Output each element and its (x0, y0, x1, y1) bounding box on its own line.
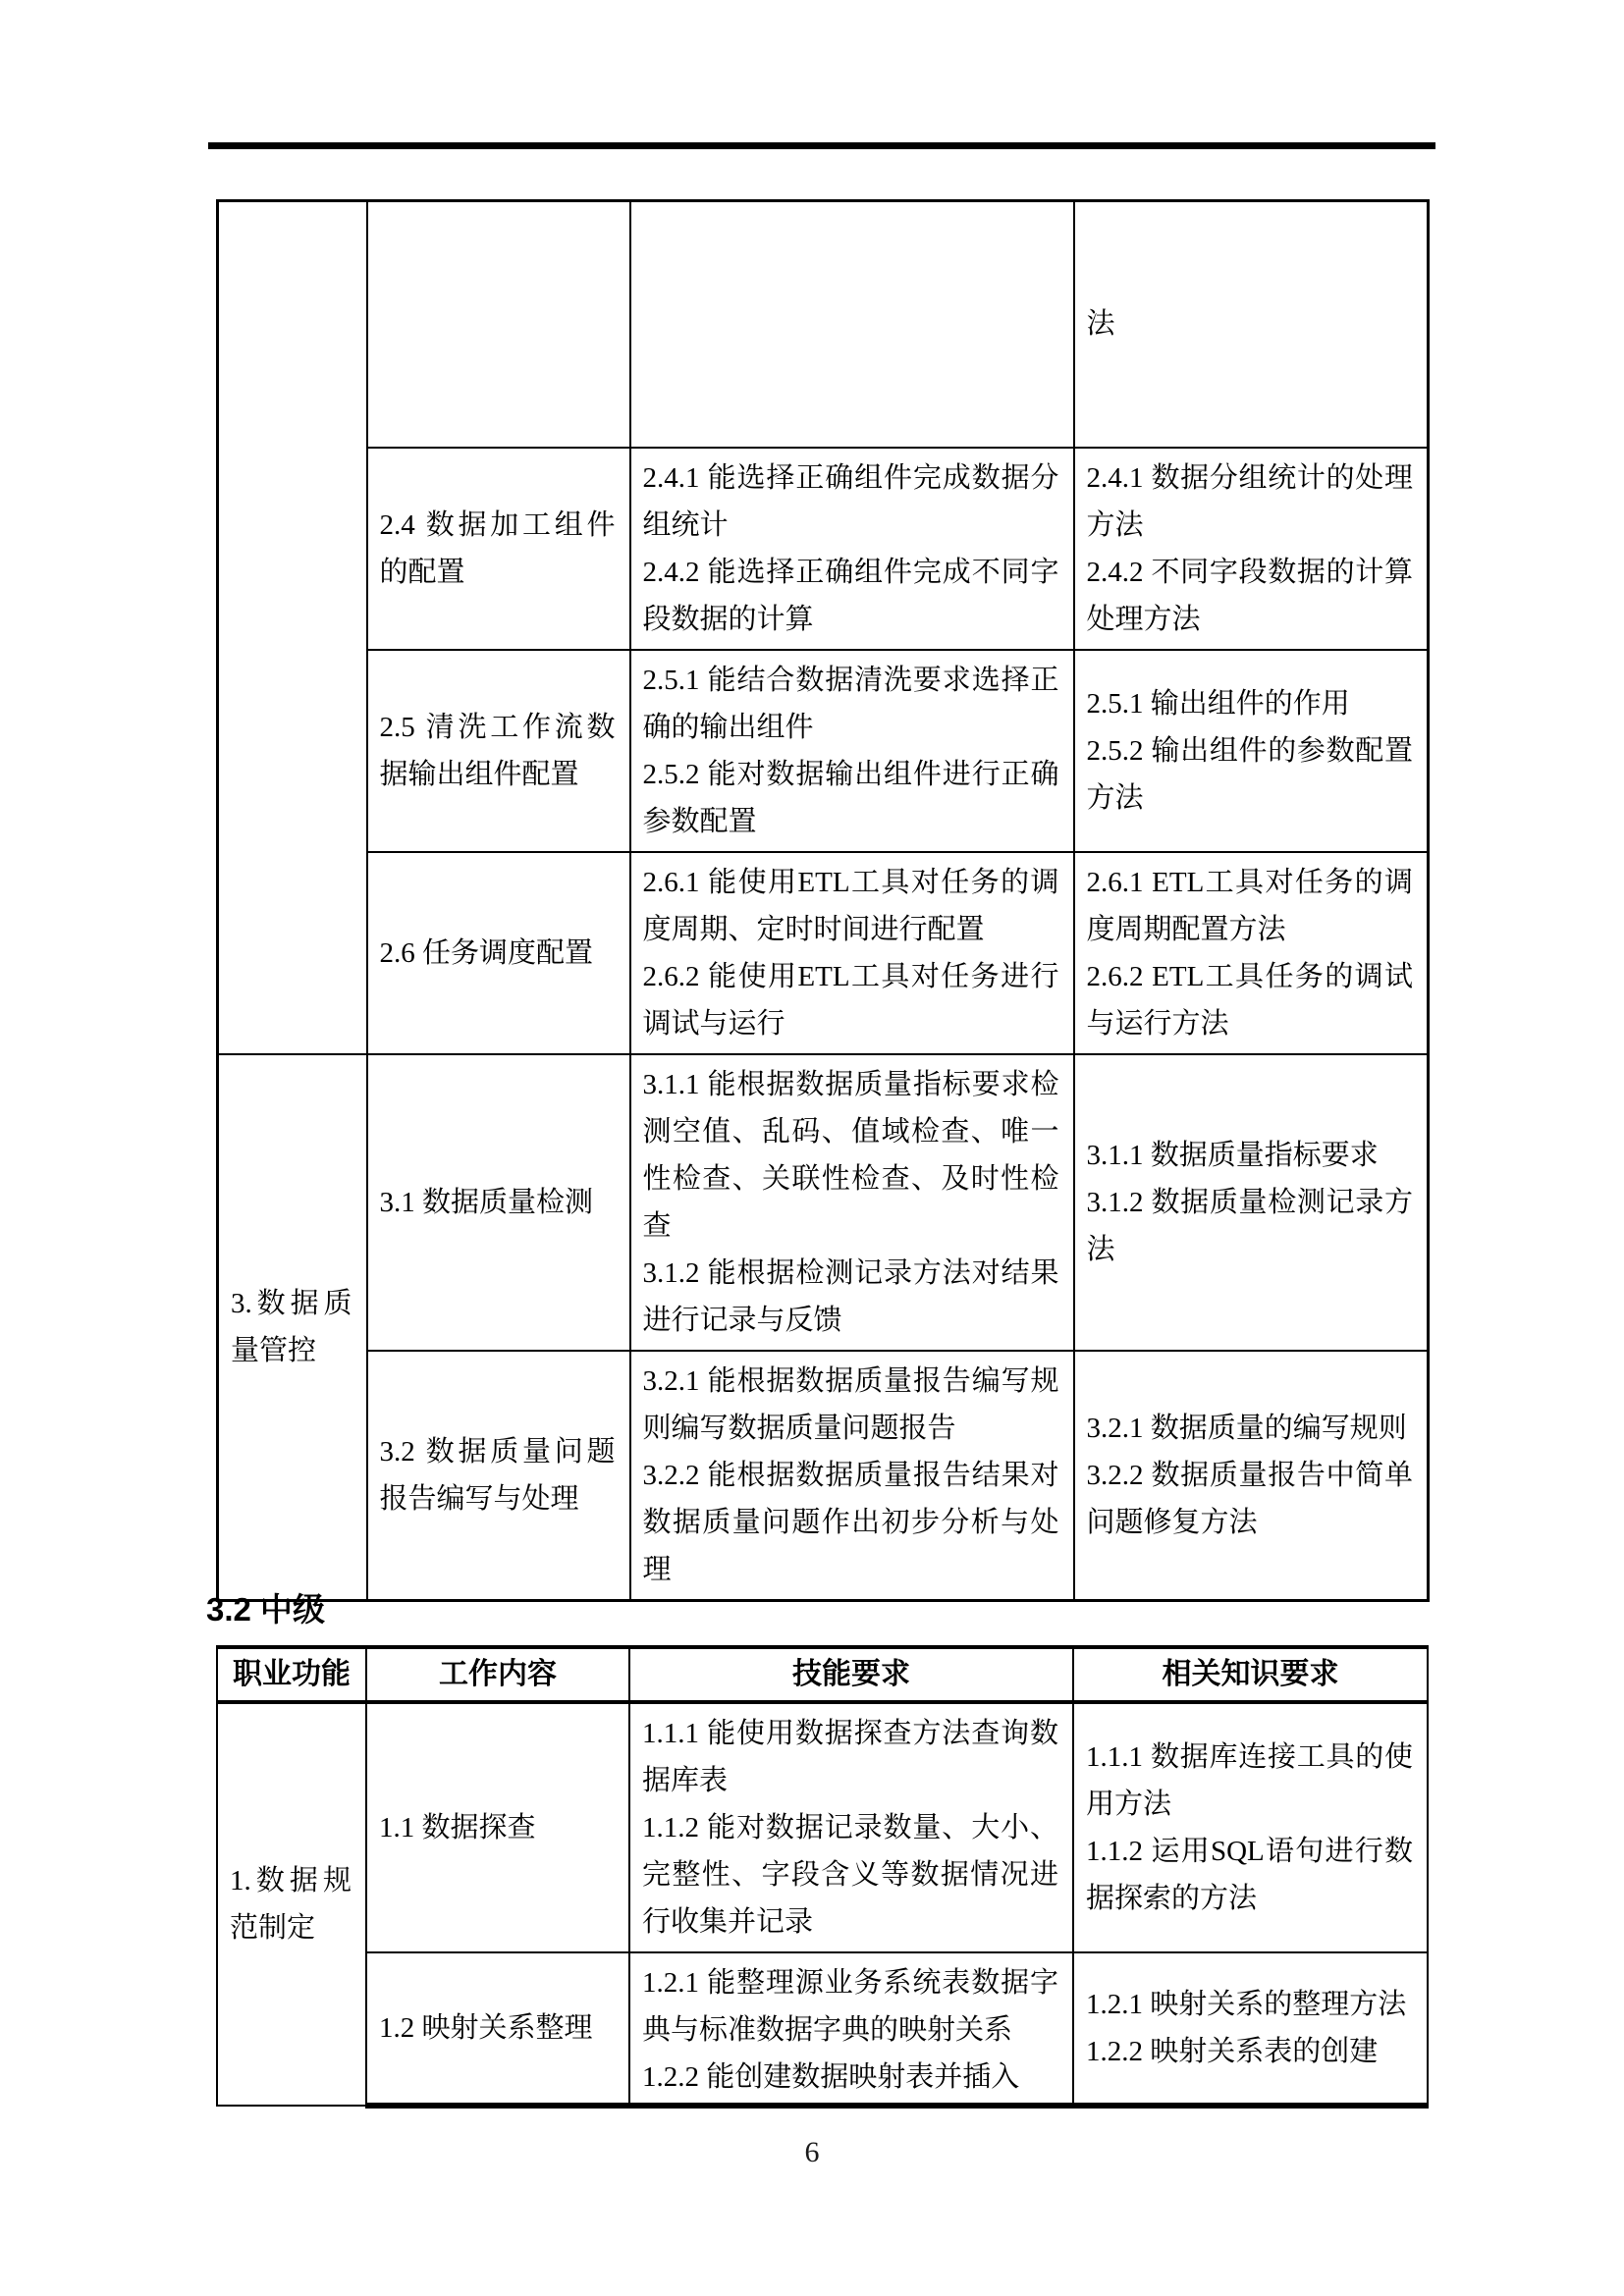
skills-cell: 1.2.1 能整理源业务系统表数据字典与标准数据字典的映射关系 1.2.2 能创… (629, 1952, 1073, 2106)
skill-item: 1.1.2 能对数据记录数量、大小、完整性、字段含义等数据情况进行收集并记录 (642, 1804, 1058, 1946)
work-content: 1.1 数据探查 (379, 1804, 615, 1851)
function-label: 1.数据规范制定 (230, 1857, 352, 1951)
function-cell: 1.数据规范制定 (217, 1702, 366, 2106)
beginner-level-table: 法 2.4 数据加工组件的配置 2.4.1 能选择正确组件完成数据分组统计 2.… (216, 199, 1430, 1602)
knowledge-cell: 1.1.1 数据库连接工具的使用方法 1.1.2 运用SQL语句进行数据探索的方… (1073, 1702, 1428, 1952)
table-row-2-4: 2.4 数据加工组件的配置 2.4.1 能选择正确组件完成数据分组统计 2.4.… (218, 448, 1429, 650)
skill-item: 3.2.1 能根据数据质量报告编写规则编写数据质量问题报告 (643, 1358, 1059, 1452)
header-knowledge: 相关知识要求 (1073, 1647, 1428, 1702)
skills-cell: 2.4.1 能选择正确组件完成数据分组统计 2.4.2 能选择正确组件完成不同字… (630, 448, 1074, 650)
table-row-1-1: 1.数据规范制定 1.1 数据探查 1.1.1 能使用数据探查方法查询数据库表 … (217, 1702, 1428, 1952)
header-rule (208, 142, 1435, 149)
work-cell: 1.2 映射关系整理 (366, 1952, 629, 2106)
knowledge-item: 1.2.1 映射关系的整理方法 (1086, 1981, 1413, 2028)
table-row-2-5: 2.5 清洗工作流数据输出组件配置 2.5.1 能结合数据清洗要求选择正确的输出… (218, 650, 1429, 852)
skill-item: 2.4.1 能选择正确组件完成数据分组统计 (643, 454, 1059, 549)
work-cell: 2.6 任务调度配置 (367, 852, 630, 1054)
knowledge-item: 2.4.2 不同字段数据的计算处理方法 (1087, 549, 1414, 643)
skill-item: 1.1.1 能使用数据探查方法查询数据库表 (642, 1710, 1058, 1804)
knowledge-cell: 1.2.1 映射关系的整理方法 1.2.2 映射关系表的创建 (1073, 1952, 1428, 2106)
knowledge-item: 1.2.2 映射关系表的创建 (1086, 2028, 1413, 2075)
header-work: 工作内容 (366, 1647, 629, 1702)
skill-item: 3.2.2 能根据数据质量报告结果对数据质量问题作出初步分析与处理 (643, 1452, 1059, 1593)
table-header-row: 职业功能 工作内容 技能要求 相关知识要求 (217, 1647, 1428, 1702)
page-number: 6 (0, 2136, 1624, 2169)
table-row-1-2: 1.2 映射关系整理 1.2.1 能整理源业务系统表数据字典与标准数据字典的映射… (217, 1952, 1428, 2106)
skill-item: 2.5.2 能对数据输出组件进行正确参数配置 (643, 751, 1059, 845)
work-cell: 1.1 数据探查 (366, 1702, 629, 1952)
skills-cell: 2.5.1 能结合数据清洗要求选择正确的输出组件 2.5.2 能对数据输出组件进… (630, 650, 1074, 852)
work-content: 2.5 清洗工作流数据输出组件配置 (380, 704, 616, 798)
skills-cell: 3.1.1 能根据数据质量指标要求检测空值、乱码、值域检查、唯一性检查、关联性检… (630, 1054, 1074, 1351)
knowledge-cell: 3.1.1 数据质量指标要求 3.1.2 数据质量检测记录方法 (1074, 1054, 1429, 1351)
knowledge-cell-carryover: 法 (1074, 201, 1429, 448)
table-row-2-6: 2.6 任务调度配置 2.6.1 能使用ETL工具对任务的调度周期、定时时间进行… (218, 852, 1429, 1054)
work-content: 3.1 数据质量检测 (380, 1179, 616, 1226)
skills-cell-empty (630, 201, 1074, 448)
knowledge-item: 2.5.2 输出组件的参数配置方法 (1087, 727, 1414, 822)
work-content: 2.6 任务调度配置 (380, 930, 616, 977)
skill-item: 2.4.2 能选择正确组件完成不同字段数据的计算 (643, 549, 1059, 643)
knowledge-item: 2.5.1 输出组件的作用 (1087, 680, 1414, 727)
knowledge-cell: 2.6.1 ETL工具对任务的调度周期配置方法 2.6.2 ETL工具任务的调试… (1074, 852, 1429, 1054)
work-cell: 3.2 数据质量问题报告编写与处理 (367, 1351, 630, 1601)
knowledge-cell: 3.2.1 数据质量的编写规则 3.2.2 数据质量报告中简单问题修复方法 (1074, 1351, 1429, 1601)
skills-cell: 3.2.1 能根据数据质量报告编写规则编写数据质量问题报告 3.2.2 能根据数… (630, 1351, 1074, 1601)
skills-cell: 2.6.1 能使用ETL工具对任务的调度周期、定时时间进行配置 2.6.2 能使… (630, 852, 1074, 1054)
skill-item: 3.1.1 能根据数据质量指标要求检测空值、乱码、值域检查、唯一性检查、关联性检… (643, 1061, 1059, 1250)
work-cell: 2.4 数据加工组件的配置 (367, 448, 630, 650)
section-heading: 3.2 中级 (206, 1588, 325, 1631)
knowledge-item: 1.1.2 运用SQL语句进行数据探索的方法 (1086, 1828, 1413, 1922)
work-cell: 2.5 清洗工作流数据输出组件配置 (367, 650, 630, 852)
skill-item: 1.2.1 能整理源业务系统表数据字典与标准数据字典的映射关系 (642, 1959, 1058, 2054)
knowledge-item: 3.2.1 数据质量的编写规则 (1087, 1405, 1414, 1452)
knowledge-item: 3.1.2 数据质量检测记录方法 (1087, 1179, 1414, 1273)
function-cell: 3.数据质量管控 (218, 1054, 367, 1601)
skills-cell: 1.1.1 能使用数据探查方法查询数据库表 1.1.2 能对数据记录数量、大小、… (629, 1702, 1073, 1952)
knowledge-item: 2.6.1 ETL工具对任务的调度周期配置方法 (1087, 859, 1414, 953)
knowledge-cell: 2.5.1 输出组件的作用 2.5.2 输出组件的参数配置方法 (1074, 650, 1429, 852)
skill-item: 2.6.2 能使用ETL工具对任务进行调试与运行 (643, 953, 1059, 1047)
work-content: 1.2 映射关系整理 (379, 2004, 615, 2052)
work-content: 2.4 数据加工组件的配置 (380, 502, 616, 596)
knowledge-item: 3.1.1 数据质量指标要求 (1087, 1132, 1414, 1179)
skill-item: 2.6.1 能使用ETL工具对任务的调度周期、定时时间进行配置 (643, 859, 1059, 953)
function-cell-empty (218, 201, 367, 1054)
knowledge-item: 2.4.1 数据分组统计的处理方法 (1087, 454, 1414, 549)
skill-item: 2.5.1 能结合数据清洗要求选择正确的输出组件 (643, 657, 1059, 751)
knowledge-item: 1.1.1 数据库连接工具的使用方法 (1086, 1734, 1413, 1828)
table-row-3-1: 3.数据质量管控 3.1 数据质量检测 3.1.1 能根据数据质量指标要求检测空… (218, 1054, 1429, 1351)
table-row-3-2: 3.2 数据质量问题报告编写与处理 3.2.1 能根据数据质量报告编写规则编写数… (218, 1351, 1429, 1601)
work-cell: 3.1 数据质量检测 (367, 1054, 630, 1351)
skill-item: 3.1.2 能根据检测记录方法对结果进行记录与反馈 (643, 1250, 1059, 1344)
function-label: 3.数据质量管控 (231, 1280, 352, 1374)
knowledge-item: 2.6.2 ETL工具任务的调试与运行方法 (1087, 953, 1414, 1047)
intermediate-level-table: 职业功能 工作内容 技能要求 相关知识要求 1.数据规范制定 1.1 数据探查 … (216, 1645, 1429, 2109)
table-row-carryover: 法 (218, 201, 1429, 448)
knowledge-item: 3.2.2 数据质量报告中简单问题修复方法 (1087, 1452, 1414, 1546)
work-cell-empty (367, 201, 630, 448)
skill-item: 1.2.2 能创建数据映射表并插入 (642, 2054, 1058, 2097)
knowledge-cell: 2.4.1 数据分组统计的处理方法 2.4.2 不同字段数据的计算处理方法 (1074, 448, 1429, 650)
work-content: 3.2 数据质量问题报告编写与处理 (380, 1428, 616, 1522)
header-function: 职业功能 (217, 1647, 366, 1702)
knowledge-fragment: 法 (1087, 300, 1414, 347)
header-skills: 技能要求 (629, 1647, 1073, 1702)
document-page: { "page": { "section_heading": "3.2 中级",… (0, 0, 1624, 2296)
